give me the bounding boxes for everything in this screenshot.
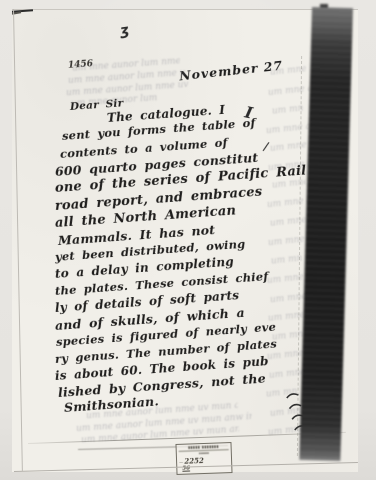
scan-background: ʒ 1456 November 27 Dear Sir xyxy=(0,0,376,480)
bleed-through-line xyxy=(270,215,307,230)
library-stamp: ▮▮▮▮▮ ▮▮▮▮▮▮▮ ▪▪▪▪▪ — 2252 56 xyxy=(175,442,232,475)
bleed-through-line xyxy=(267,272,308,287)
bleed-through-line xyxy=(268,84,311,99)
ink-stroke-mark: / xyxy=(263,140,269,153)
handwritten-date: November 27 xyxy=(179,58,284,84)
bleed-through-line xyxy=(267,196,310,211)
bleed-through-line xyxy=(266,122,311,138)
ink-squiggle-mark: ʒ xyxy=(119,22,130,39)
bleed-through-line xyxy=(270,140,309,155)
